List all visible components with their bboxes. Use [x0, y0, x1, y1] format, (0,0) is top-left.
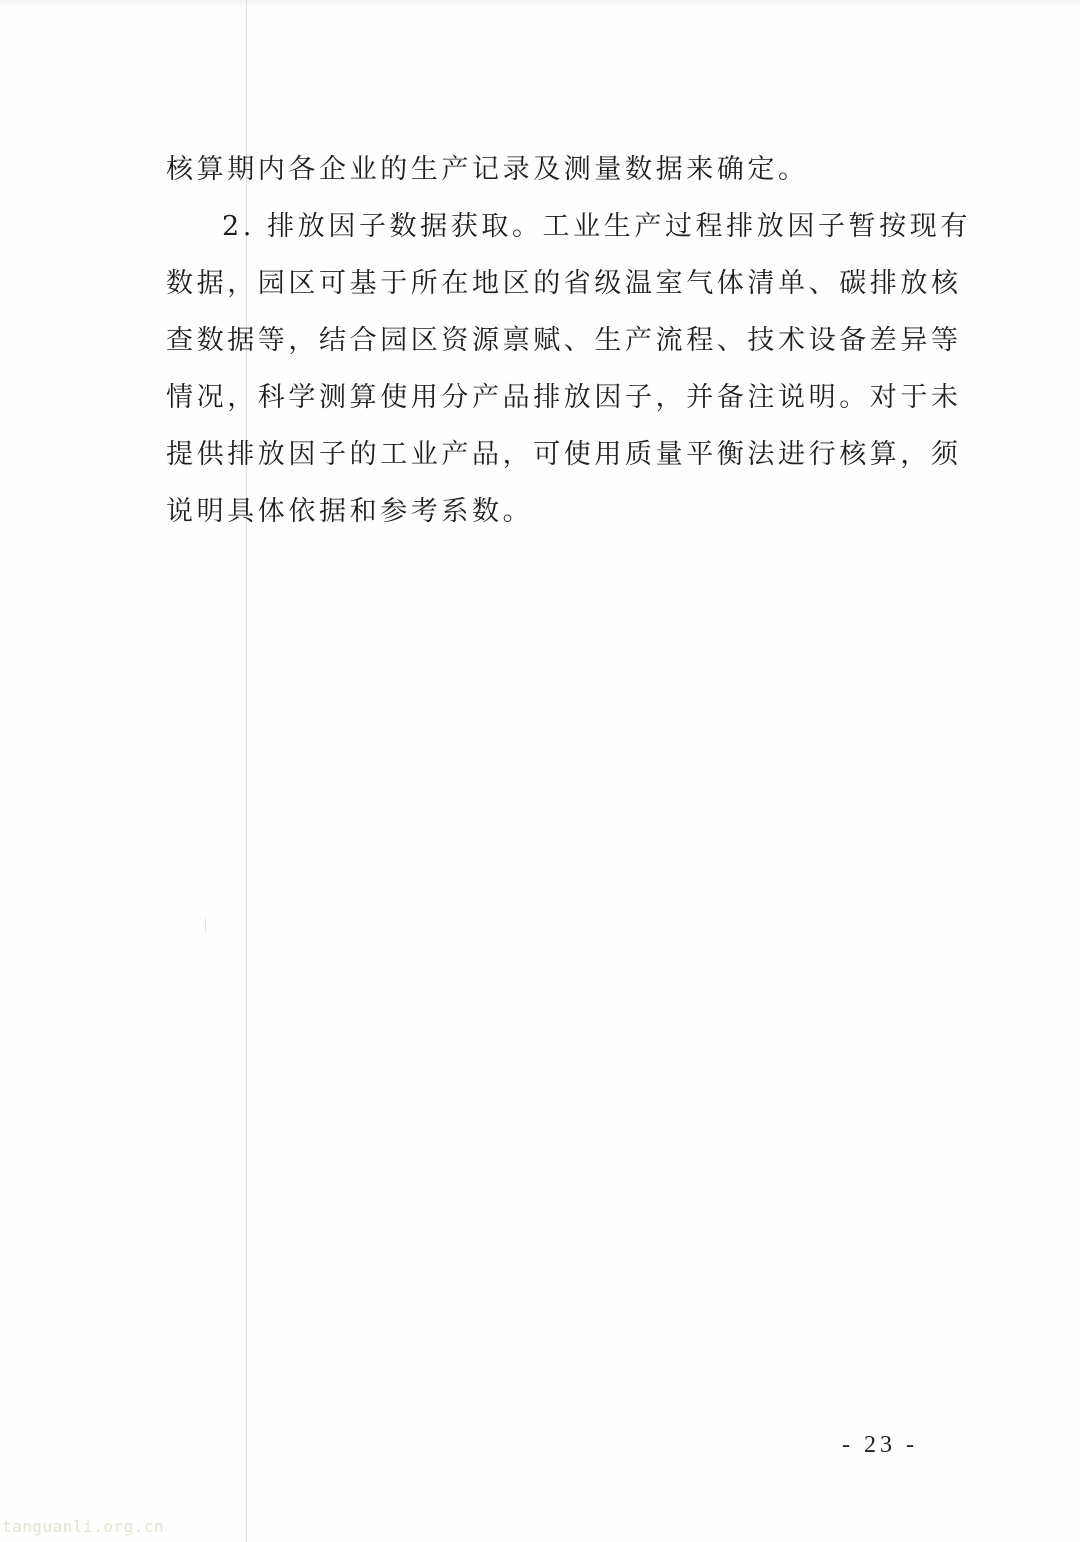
document-page: 核算期内各企业的生产记录及测量数据来确定。 2. 排放因子数据获取。工业生产过程… [0, 0, 1080, 1542]
paragraph-1-line-1: 核算期内各企业的生产记录及测量数据来确定。 [166, 148, 918, 205]
paragraph-2-line-5: 提供排放因子的工业产品，可使用质量平衡法进行核算，须 [166, 433, 918, 490]
body-text: 核算期内各企业的生产记录及测量数据来确定。 2. 排放因子数据获取。工业生产过程… [166, 148, 918, 547]
paragraph-2-line-3: 查数据等，结合园区资源禀赋、生产流程、技术设备差异等 [166, 319, 918, 376]
paragraph-2-line-6: 说明具体依据和参考系数。 [166, 490, 918, 547]
paragraph-2-line-4: 情况，科学测算使用分产品排放因子，并备注说明。对于未 [166, 376, 918, 433]
page-number: - 23 - [842, 1432, 918, 1459]
scan-speck [205, 918, 206, 932]
watermark: tanguanli.org.cn [2, 1517, 164, 1536]
paragraph-2-line-2: 数据，园区可基于所在地区的省级温室气体清单、碳排放核 [166, 262, 918, 319]
scan-top-edge [0, 0, 1080, 6]
paragraph-2-line-1: 2. 排放因子数据获取。工业生产过程排放因子暂按现有 [166, 205, 918, 262]
